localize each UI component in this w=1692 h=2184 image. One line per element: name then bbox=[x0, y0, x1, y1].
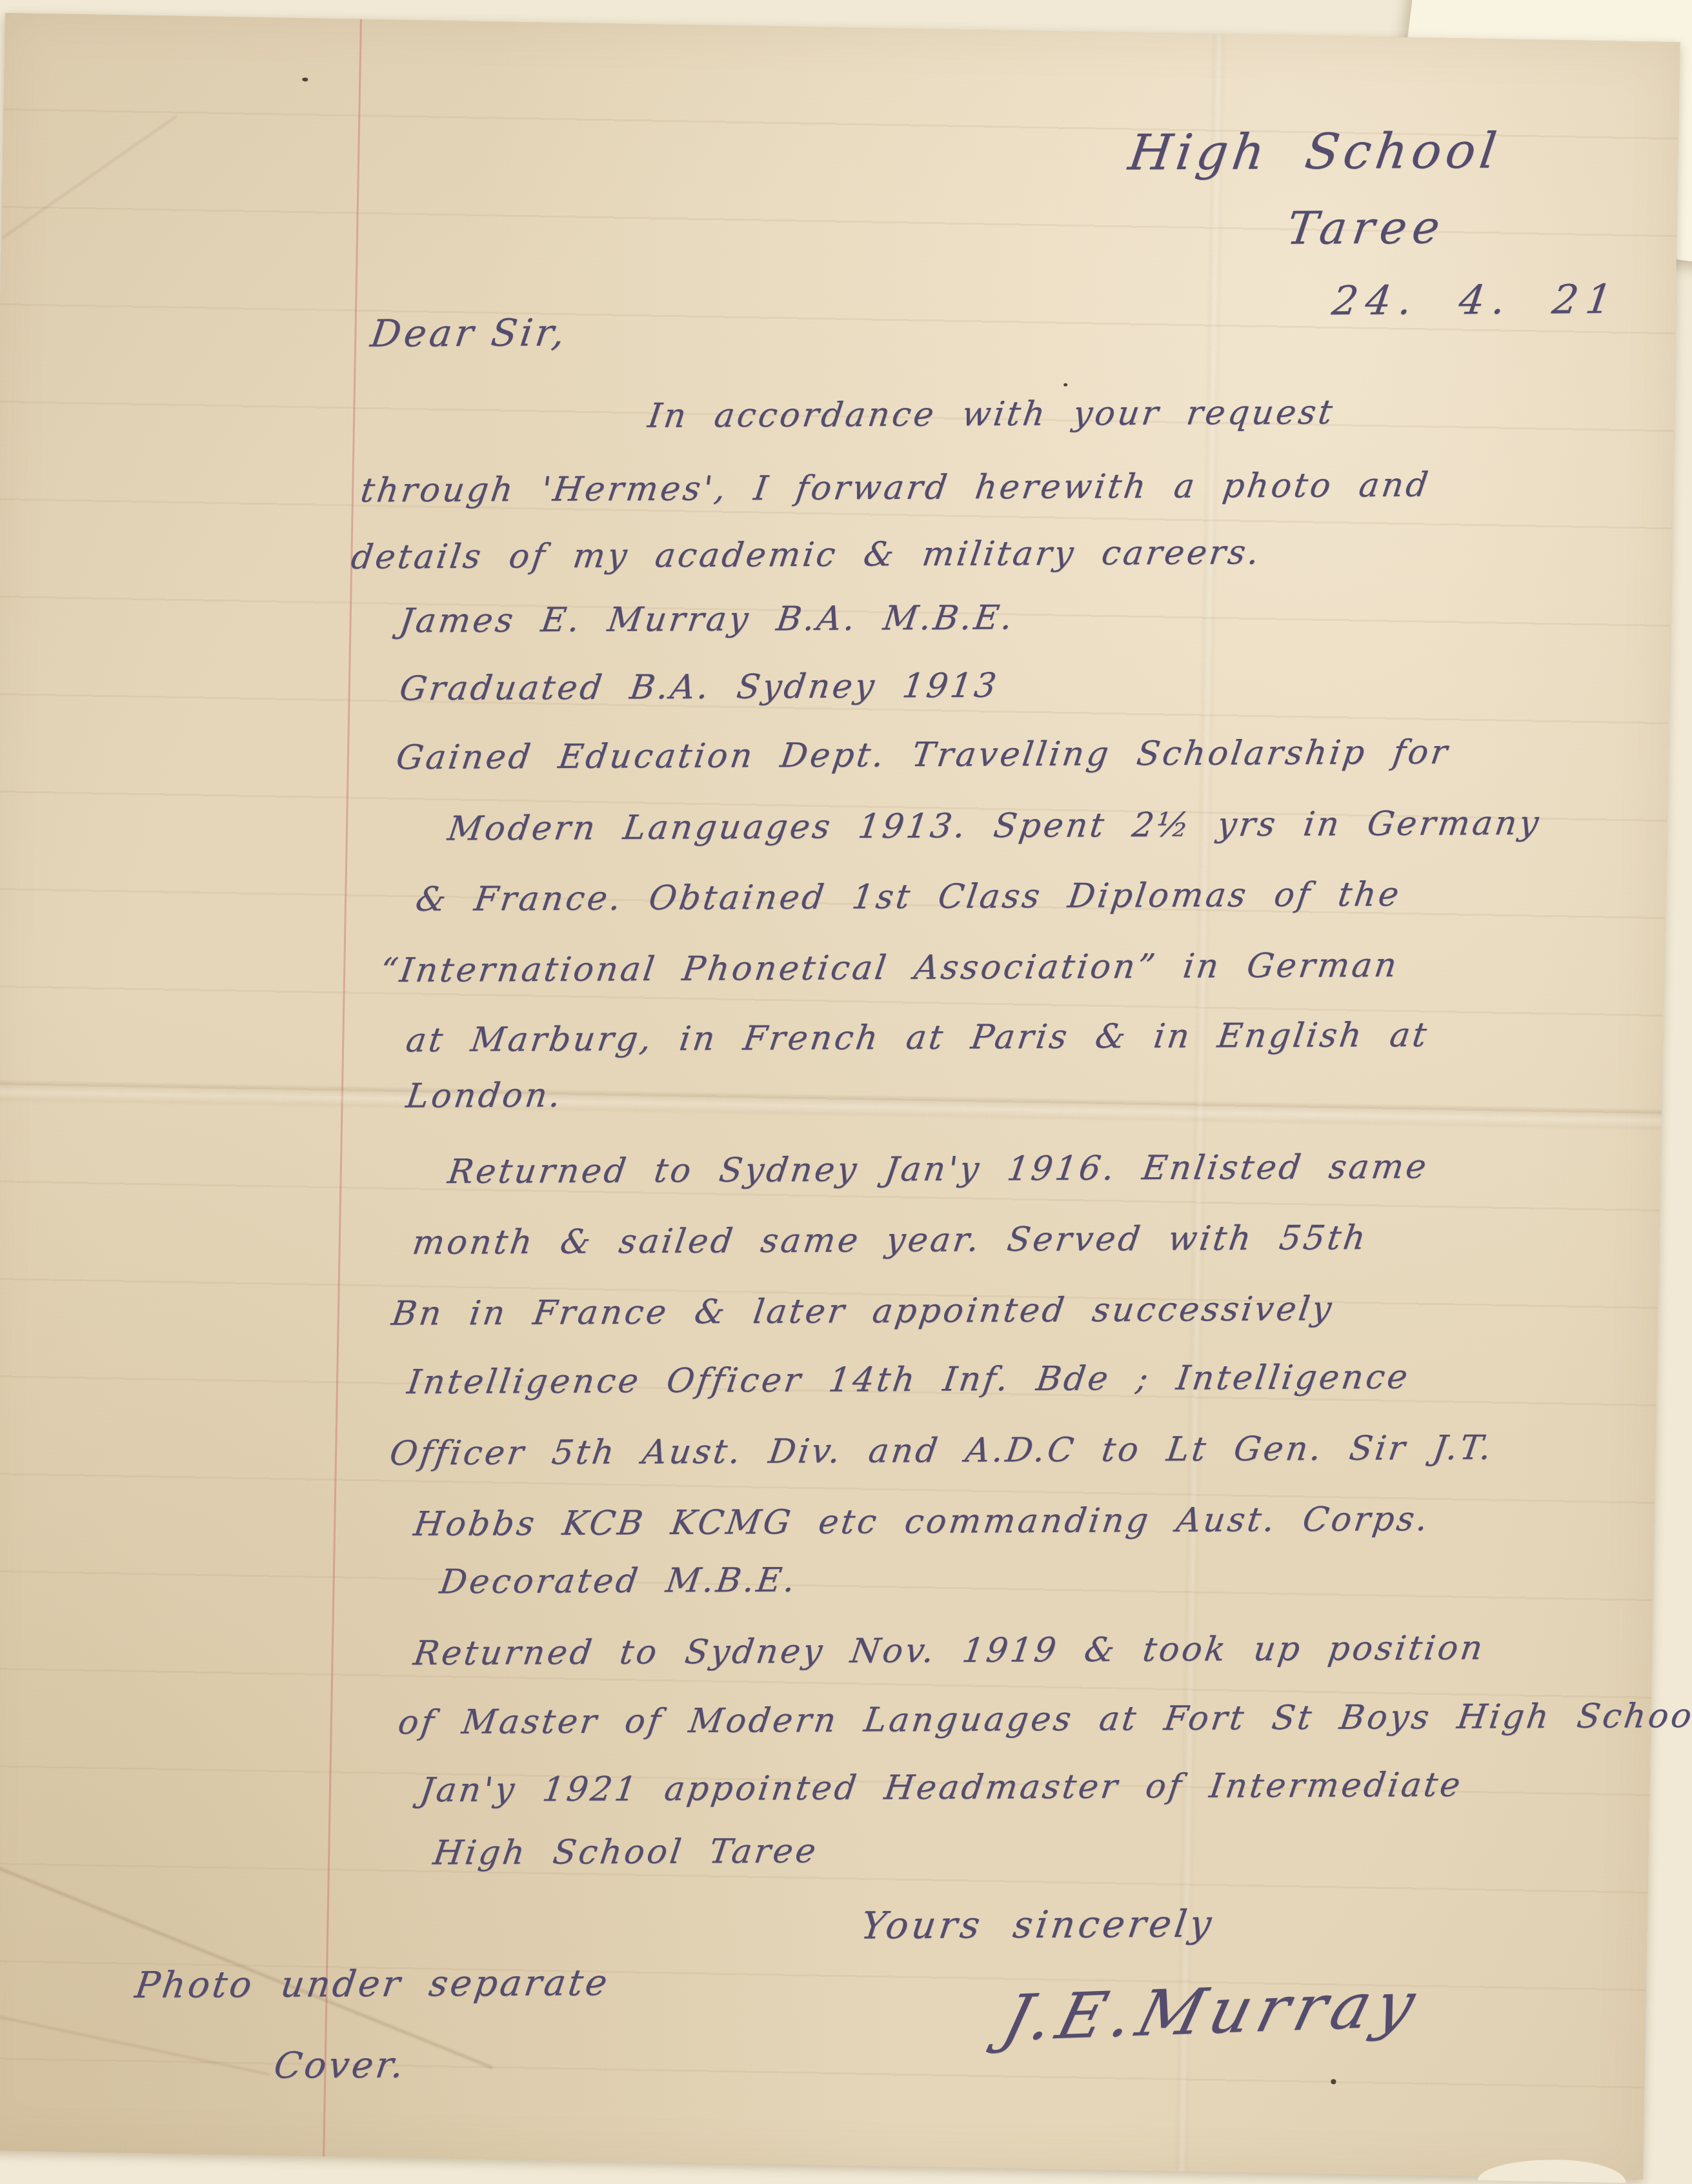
letterhead-place: Taree bbox=[1284, 201, 1449, 254]
letter-line: through 'Hermes', I forward herewith a p… bbox=[358, 466, 1433, 511]
closing: Yours sincerely bbox=[858, 1902, 1217, 1948]
letter-line: of Master of Modern Languages at Fort St… bbox=[396, 1697, 1692, 1743]
postscript-line: Cover. bbox=[272, 2044, 409, 2087]
letterhead-institution: High School bbox=[1125, 121, 1504, 181]
letter-line: “International Phonetical Association” i… bbox=[378, 946, 1401, 990]
letter-line: Bn in France & later appointed successiv… bbox=[389, 1289, 1336, 1333]
signature: J.E.Murray bbox=[996, 1968, 1429, 2056]
letter-line: High School Taree bbox=[431, 1832, 821, 1872]
letter-line: James E. Murray B.A. M.B.E. bbox=[398, 599, 1018, 641]
letter-line: Hobbs KCB KCMG etc commanding Aust. Corp… bbox=[411, 1500, 1432, 1544]
letterhead-date: 24. 4. 21 bbox=[1329, 276, 1622, 324]
letter-line: In accordance with your request bbox=[646, 393, 1337, 436]
letter-line: Gained Education Dept. Travelling Schola… bbox=[394, 733, 1452, 778]
letter-line: Decorated M.B.E. bbox=[438, 1561, 800, 1602]
letter-line: Officer 5th Aust. Div. and A.D.C to Lt G… bbox=[387, 1429, 1496, 1473]
letter-line: Returned to Sydney Jan'y 1916. Enlisted … bbox=[445, 1148, 1431, 1191]
letter-line: Modern Languages 1913. Spent 2½ yrs in G… bbox=[445, 804, 1543, 849]
letter-line: at Marburg, in French at Paris & in Engl… bbox=[403, 1016, 1431, 1060]
postscript-line: Photo under separate bbox=[132, 1962, 612, 2007]
letter-line: London. bbox=[404, 1076, 565, 1115]
salutation: Dear Sir, bbox=[368, 310, 570, 356]
handwriting-layer: High School Taree 24. 4. 21 Dear Sir, In… bbox=[0, 0, 1692, 2184]
letter-line: Graduated B.A. Sydney 1913 bbox=[398, 667, 1002, 709]
letter-line: month & sailed same year. Served with 55… bbox=[410, 1218, 1370, 1262]
letter-line: & France. Obtained 1st Class Diplomas of… bbox=[413, 875, 1404, 919]
letter-line: details of my academic & military career… bbox=[348, 533, 1264, 576]
letter-line: Intelligence Officer 14th Inf. Bde ; Int… bbox=[405, 1358, 1412, 1402]
scanned-letter: { "document_type": "Handwritten letter (… bbox=[0, 0, 1692, 2184]
letter-line: Jan'y 1921 appointed Headmaster of Inter… bbox=[418, 1766, 1465, 1810]
letter-line: Returned to Sydney Nov. 1919 & took up p… bbox=[411, 1629, 1487, 1673]
